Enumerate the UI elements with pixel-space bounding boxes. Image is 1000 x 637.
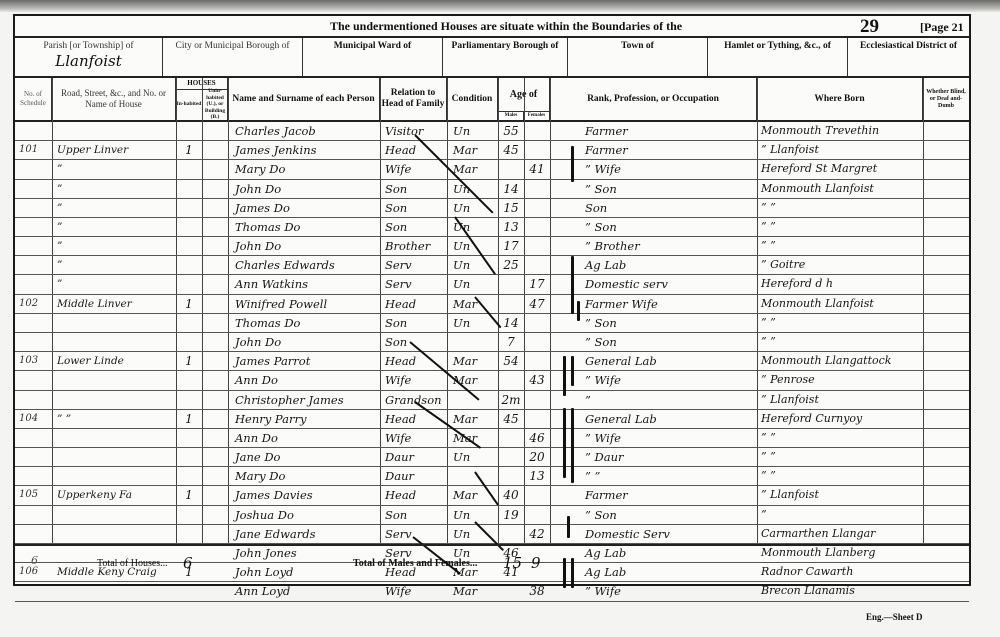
borough-cell: City or Municipal Borough of: [163, 38, 303, 76]
person-name: Ann Do: [235, 371, 379, 389]
district-header-row: Parish [or Township] of Llanfoist City o…: [15, 38, 969, 78]
person-name: Jane Do: [235, 448, 379, 466]
schedule-number: [19, 218, 49, 236]
relation-to-head: Son: [385, 199, 447, 217]
person-name: John Do: [235, 237, 379, 255]
inhabited-count: [176, 160, 202, 178]
birthplace: Monmouth Llanfoist: [761, 180, 921, 198]
tally-mark: [571, 146, 574, 182]
relation-to-head: Son: [385, 314, 447, 332]
male-age: [498, 448, 524, 466]
table-row: Charles Jacob Visitor Un 55 Farmer Monmo…: [15, 122, 969, 141]
house-address: Lower Linde: [57, 352, 175, 370]
house-address: [57, 467, 175, 485]
male-age: [498, 371, 524, 389]
relation-to-head: Son: [385, 218, 447, 236]
relation-to-head: Daur: [385, 448, 447, 466]
col-males: Males: [499, 112, 524, 120]
schedule-number: 103: [19, 352, 49, 370]
col-condition: Condition: [447, 78, 498, 120]
col-inhabited: In-habited: [176, 89, 203, 120]
birthplace: ” ”: [761, 314, 921, 332]
birthplace: ”: [761, 506, 921, 524]
schedule-number: [19, 122, 49, 140]
page-number: [Page 21: [920, 20, 964, 35]
col-schedule: No. of Schedule: [15, 78, 52, 120]
occupation: Son: [585, 199, 755, 217]
male-age: 45: [498, 141, 524, 159]
schedule-number: 102: [19, 295, 49, 313]
table-row: 101 Upper Linver 1 James Jenkins Head Ma…: [15, 141, 969, 160]
inhabited-count: [176, 314, 202, 332]
ward-label: Municipal Ward of: [334, 41, 411, 51]
birthplace: ” ”: [761, 237, 921, 255]
inhabited-count: [176, 218, 202, 236]
occupation: General Lab: [585, 352, 755, 370]
occupation: ” Son: [585, 218, 755, 236]
col-uninhabited: Unin-habited (U.), or Building (B.): [202, 89, 228, 120]
condition: [453, 391, 497, 409]
inhabited-count: 1: [176, 352, 202, 370]
male-age: 2m: [498, 391, 524, 409]
relation-to-head: Son: [385, 506, 447, 524]
schedule-number: [19, 467, 49, 485]
inhabited-count: 1: [176, 410, 202, 428]
person-name: James Parrot: [235, 352, 379, 370]
sheet-title: The undermentioned Houses are situate wi…: [330, 19, 682, 34]
female-age: 38: [524, 582, 550, 600]
tally-mark: [563, 356, 566, 396]
occupation: ” Wife: [585, 371, 755, 389]
person-name: James Jenkins: [235, 141, 379, 159]
condition: Un: [453, 448, 497, 466]
table-row: Christopher James Grandson 2m ” ” Llanfo…: [15, 391, 969, 410]
tally-mark: [563, 408, 566, 478]
male-age: 15: [498, 199, 524, 217]
table-row: Ann Do Wife Mar 46 ” Wife ” ”: [15, 429, 969, 448]
relation-to-head: Wife: [385, 160, 447, 178]
female-age: [524, 256, 550, 274]
occupation: ” Wife: [585, 160, 755, 178]
person-name: Thomas Do: [235, 314, 379, 332]
condition: Mar: [453, 352, 497, 370]
borough-label: City or Municipal Borough of: [176, 41, 290, 51]
birthplace: Hereford Curnyoy: [761, 410, 921, 428]
person-name: Charles Edwards: [235, 256, 379, 274]
relation-to-head: Serv: [385, 256, 447, 274]
birthplace: ” ”: [761, 333, 921, 351]
person-name: Christopher James: [235, 391, 379, 409]
condition: Un: [453, 122, 497, 140]
occupation: ”: [585, 391, 755, 409]
person-name: James Do: [235, 199, 379, 217]
female-age: 47: [524, 295, 550, 313]
relation-to-head: Wife: [385, 371, 447, 389]
birthplace: ” Llanfoist: [761, 391, 921, 409]
table-row: ” James Do Son Un 15 Son ” ”: [15, 199, 969, 218]
house-address: [57, 371, 175, 389]
house-address: [57, 525, 175, 543]
inhabited-count: [176, 448, 202, 466]
house-address: [57, 391, 175, 409]
male-age: 40: [498, 486, 524, 504]
occupation: ” Wife: [585, 429, 755, 447]
schedule-number: 101: [19, 141, 49, 159]
person-name: Charles Jacob: [235, 122, 379, 140]
male-age: 19: [498, 506, 524, 524]
male-age: 25: [498, 256, 524, 274]
female-age: 20: [524, 448, 550, 466]
table-row: Joshua Do Son Un 19 ” Son ”: [15, 506, 969, 525]
total-males-value: 15: [503, 554, 522, 572]
inhabited-count: [176, 467, 202, 485]
schedule-number: [19, 275, 49, 293]
inhabited-count: [176, 525, 202, 543]
occupation: Domestic serv: [585, 275, 755, 293]
table-row: ” John Do Brother Un 17 ” Brother ” ”: [15, 237, 969, 256]
female-age: [524, 391, 550, 409]
schedule-number: [19, 199, 49, 217]
male-age: [498, 467, 524, 485]
occupation: ” Son: [585, 180, 755, 198]
inhabited-count: 1: [176, 141, 202, 159]
condition: Mar: [453, 141, 497, 159]
schedule-number: 104: [19, 410, 49, 428]
relation-to-head: Head: [385, 295, 447, 313]
female-age: [524, 410, 550, 428]
inhabited-count: [176, 582, 202, 600]
female-age: [524, 486, 550, 504]
condition: Mar: [453, 582, 497, 600]
tally-mark: [577, 301, 580, 321]
birthplace: ” ”: [761, 199, 921, 217]
person-name: Jane Edwards: [235, 525, 379, 543]
house-address: ”: [57, 237, 175, 255]
schedule-number: [19, 180, 49, 198]
inhabited-count: [176, 371, 202, 389]
female-age: 41: [524, 160, 550, 178]
male-age: [498, 295, 524, 313]
condition: Un: [453, 275, 497, 293]
schedule-number: [19, 333, 49, 351]
occupation: Farmer: [585, 486, 755, 504]
condition: Un: [453, 525, 497, 543]
occupation: Domestic Serv: [585, 525, 755, 543]
parliamentary-borough-cell: Parliamentary Borough of: [443, 38, 568, 76]
male-age: 17: [498, 237, 524, 255]
relation-to-head: Daur: [385, 467, 447, 485]
male-age: 45: [498, 410, 524, 428]
schedule-number: [19, 391, 49, 409]
total-houses-value: 6: [183, 554, 193, 572]
condition: [453, 467, 497, 485]
birthplace: ” Goitre: [761, 256, 921, 274]
inhabited-count: [176, 506, 202, 524]
female-age: [524, 237, 550, 255]
ecclesiastical-district-label: Ecclesiastical District of: [860, 41, 957, 51]
person-name: Joshua Do: [235, 506, 379, 524]
female-age: [524, 333, 550, 351]
male-age: 7: [498, 333, 524, 351]
female-age: [524, 218, 550, 236]
person-name: Mary Do: [235, 160, 379, 178]
birthplace: Brecon Llanamis: [761, 582, 921, 600]
totals-row: 6 Total of Houses... 6 Total of Males an…: [15, 544, 969, 584]
total-persons-label: Total of Males and Females...: [353, 558, 477, 569]
schedule-number: [19, 448, 49, 466]
relation-to-head: Grandson: [385, 391, 447, 409]
male-age: [498, 582, 524, 600]
male-age: [498, 275, 524, 293]
parish-label: Parish [or Township] of: [43, 41, 133, 51]
male-age: 14: [498, 314, 524, 332]
tally-mark: [571, 356, 574, 386]
occupation: General Lab: [585, 410, 755, 428]
occupation: ” Son: [585, 506, 755, 524]
house-address: [57, 582, 175, 600]
house-address: ”: [57, 160, 175, 178]
person-name: Henry Parry: [235, 410, 379, 428]
occupation: ” ”: [585, 467, 755, 485]
ecclesiastical-district-cell: Ecclesiastical District of: [848, 38, 969, 76]
house-address: [57, 314, 175, 332]
birthplace: Carmarthen Llangar: [761, 525, 921, 543]
person-name: Winifred Powell: [235, 295, 379, 313]
parliamentary-borough-label: Parliamentary Borough of: [452, 41, 559, 51]
town-cell: Town of: [568, 38, 708, 76]
relation-to-head: Son: [385, 180, 447, 198]
schedule-number: [19, 506, 49, 524]
birthplace: ” ”: [761, 429, 921, 447]
female-age: 42: [524, 525, 550, 543]
person-name: Ann Loyd: [235, 582, 379, 600]
birthplace: Hereford d h: [761, 275, 921, 293]
total-houses-label: Total of Houses...: [97, 558, 168, 569]
condition: [453, 333, 497, 351]
table-row: 102 Middle Linver 1 Winifred Powell Head…: [15, 295, 969, 314]
col-where-born: Where Born: [757, 78, 923, 120]
occupation: Farmer: [585, 122, 755, 140]
person-name: John Do: [235, 180, 379, 198]
col-occupation: Rank, Profession, or Occupation: [550, 78, 757, 120]
house-address: Upperkeny Fa: [57, 486, 175, 504]
parish-cell: Parish [or Township] of Llanfoist: [15, 38, 163, 76]
household-entries: Charles Jacob Visitor Un 55 Farmer Monmo…: [15, 122, 969, 544]
female-age: [524, 314, 550, 332]
occupation: ” Son: [585, 314, 755, 332]
col-females: Females: [524, 112, 549, 120]
male-age: 13: [498, 218, 524, 236]
schedule-number: [19, 525, 49, 543]
relation-to-head: Head: [385, 486, 447, 504]
schedule-number: [19, 314, 49, 332]
hamlet-label: Hamlet or Tything, &c., of: [724, 41, 831, 51]
person-name: Ann Watkins: [235, 275, 379, 293]
house-address: ”: [57, 256, 175, 274]
occupation: Farmer Wife: [585, 295, 755, 313]
birthplace: Monmouth Trevethin: [761, 122, 921, 140]
schedule-number: [19, 160, 49, 178]
table-row: John Do Son 7 ” Son ” ”: [15, 333, 969, 352]
female-age: [524, 122, 550, 140]
house-address: [57, 448, 175, 466]
relation-to-head: Serv: [385, 275, 447, 293]
house-address: [57, 333, 175, 351]
folio-number: 29: [860, 16, 879, 38]
female-age: 43: [524, 371, 550, 389]
parish-value: Llanfoist: [15, 56, 162, 67]
person-name: James Davies: [235, 486, 379, 504]
schedule-number: 105: [19, 486, 49, 504]
female-age: 17: [524, 275, 550, 293]
census-enumeration-sheet: The undermentioned Houses are situate wi…: [13, 14, 971, 586]
female-age: [524, 352, 550, 370]
inhabited-count: [176, 180, 202, 198]
col-infirmity: Whether Blind, or Deaf and-Dumb: [923, 78, 969, 120]
male-age: 55: [498, 122, 524, 140]
col-relation: Relation to Head of Family: [380, 78, 447, 120]
title-row: The undermentioned Houses are situate wi…: [15, 16, 969, 38]
birthplace: Hereford St Margret: [761, 160, 921, 178]
person-name: John Do: [235, 333, 379, 351]
house-address: ”: [57, 275, 175, 293]
tally-mark: [571, 408, 574, 483]
person-name: Mary Do: [235, 467, 379, 485]
occupation: Ag Lab: [585, 256, 755, 274]
male-age: 14: [498, 180, 524, 198]
inhabited-count: [176, 122, 202, 140]
schedule-number: [19, 237, 49, 255]
tally-mark: [567, 516, 570, 538]
column-header-row: No. of Schedule Road, Street, &c., and N…: [15, 78, 969, 122]
person-name: Thomas Do: [235, 218, 379, 236]
birthplace: ” ”: [761, 218, 921, 236]
house-address: [57, 429, 175, 447]
house-address: Upper Linver: [57, 141, 175, 159]
birthplace: ” ”: [761, 467, 921, 485]
occupation: ” Son: [585, 333, 755, 351]
table-row: ” John Do Son Un 14 ” Son Monmouth Llanf…: [15, 180, 969, 199]
condition: Mar: [453, 410, 497, 428]
person-name: Ann Do: [235, 429, 379, 447]
table-row: Mary Do Daur 13 ” ” ” ”: [15, 467, 969, 486]
inhabited-count: [176, 429, 202, 447]
house-address: [57, 506, 175, 524]
total-females-value: 9: [531, 554, 541, 572]
inhabited-count: [176, 275, 202, 293]
inhabited-count: 1: [176, 486, 202, 504]
male-age: [498, 525, 524, 543]
birthplace: Monmouth Llanfoist: [761, 295, 921, 313]
sheet-footer: Eng.—Sheet D: [866, 612, 923, 622]
condition: Mar: [453, 371, 497, 389]
female-age: [524, 506, 550, 524]
inhabited-count: [176, 256, 202, 274]
condition: Mar: [453, 160, 497, 178]
condition: Un: [453, 218, 497, 236]
scan-top-edge: [0, 0, 1000, 12]
birthplace: ” ”: [761, 448, 921, 466]
table-row: Jane Do Daur Un 20 ” Daur ” ”: [15, 448, 969, 467]
inhabited-count: [176, 237, 202, 255]
female-age: [524, 141, 550, 159]
house-address: Middle Linver: [57, 295, 175, 313]
relation-to-head: Wife: [385, 429, 447, 447]
relation-to-head: Head: [385, 352, 447, 370]
male-age: 54: [498, 352, 524, 370]
town-label: Town of: [621, 41, 654, 51]
table-row: ” Ann Watkins Serv Un 17 Domestic serv H…: [15, 275, 969, 294]
female-age: [524, 199, 550, 217]
house-address: ”: [57, 180, 175, 198]
relation-to-head: Wife: [385, 582, 447, 600]
relation-to-head: Brother: [385, 237, 447, 255]
house-address: ”: [57, 218, 175, 236]
table-row: ” Mary Do Wife Mar 41 ” Wife Hereford St…: [15, 160, 969, 179]
inhabited-count: [176, 199, 202, 217]
schedule-number: [19, 429, 49, 447]
table-row: 103 Lower Linde 1 James Parrot Head Mar …: [15, 352, 969, 371]
table-row: Ann Loyd Wife Mar 38 ” Wife Brecon Llana…: [15, 582, 969, 601]
occupation: ” Wife: [585, 582, 755, 600]
house-address: ”: [57, 199, 175, 217]
female-age: 46: [524, 429, 550, 447]
male-age: [498, 429, 524, 447]
birthplace: Monmouth Llangattock: [761, 352, 921, 370]
house-address: [57, 122, 175, 140]
schedule-number: [19, 371, 49, 389]
table-row: 104 ” ” 1 Henry Parry Head Mar 45 Genera…: [15, 410, 969, 429]
col-address: Road, Street, &c., and No. or Name of Ho…: [52, 78, 176, 120]
total-schedules-mark: 6: [31, 554, 38, 567]
schedule-number: [19, 256, 49, 274]
male-age: [498, 160, 524, 178]
schedule-number: [19, 582, 49, 600]
birthplace: ” Llanfoist: [761, 141, 921, 159]
table-row: Ann Do Wife Mar 43 ” Wife ” Penrose: [15, 371, 969, 390]
occupation: Farmer: [585, 141, 755, 159]
hamlet-cell: Hamlet or Tything, &c., of: [708, 38, 848, 76]
birthplace: ” Penrose: [761, 371, 921, 389]
inhabited-count: [176, 333, 202, 351]
ward-cell: Municipal Ward of: [303, 38, 443, 76]
female-age: [524, 180, 550, 198]
condition: Un: [453, 199, 497, 217]
house-address: ” ”: [57, 410, 175, 428]
inhabited-count: 1: [176, 295, 202, 313]
inhabited-count: [176, 391, 202, 409]
occupation: ” Daur: [585, 448, 755, 466]
table-row: ” Thomas Do Son Un 13 ” Son ” ”: [15, 218, 969, 237]
birthplace: ” Llanfoist: [761, 486, 921, 504]
tally-mark: [571, 256, 574, 314]
col-name: Name and Surname of each Person: [228, 78, 380, 120]
female-age: 13: [524, 467, 550, 485]
occupation: ” Brother: [585, 237, 755, 255]
